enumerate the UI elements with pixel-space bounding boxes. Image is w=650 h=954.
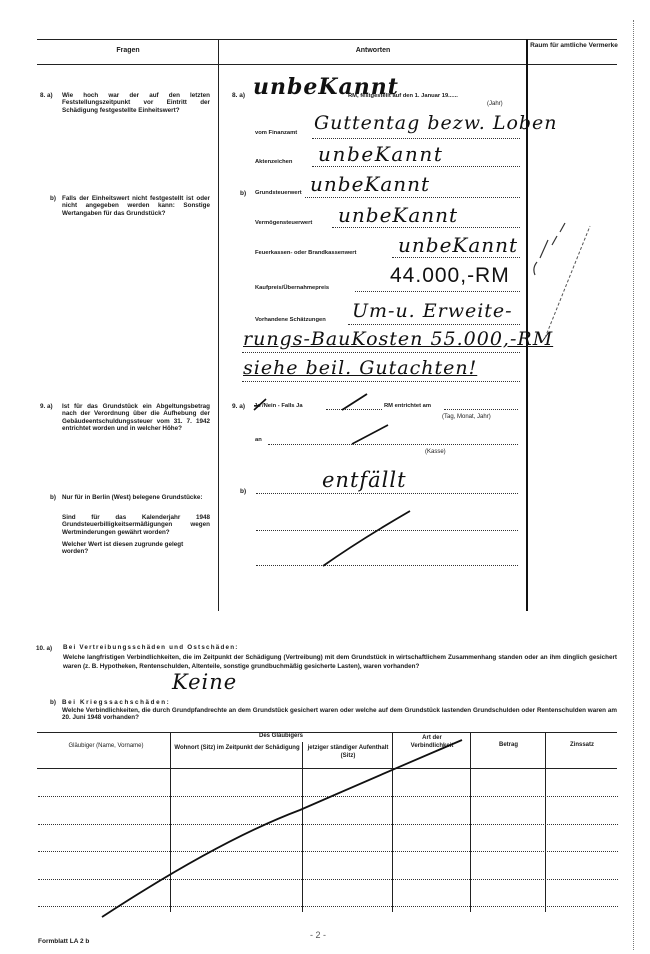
kasse-cancel-stroke (352, 425, 388, 444)
ja-strike-stroke (254, 399, 266, 410)
margin-dashed-stroke (545, 226, 590, 338)
amount-cancel-stroke (342, 394, 367, 410)
q9b-cancel-stroke (323, 511, 410, 566)
margin-note-stroke (534, 223, 565, 275)
creditor-table-cancel-stroke (102, 740, 462, 917)
handwritten-strokes (0, 0, 650, 954)
